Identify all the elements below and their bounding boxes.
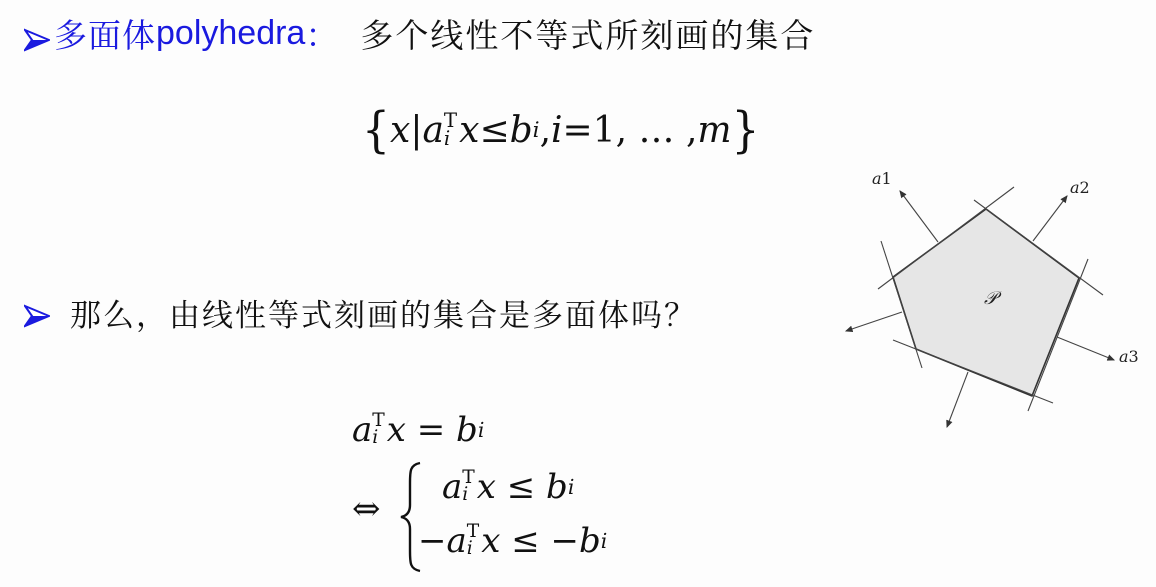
var-x: x bbox=[477, 467, 496, 507]
comma: , bbox=[540, 110, 551, 151]
subscript-i: i bbox=[601, 529, 608, 553]
arrowhead-bullet-icon bbox=[24, 300, 52, 324]
normal-bottom-arrow-icon bbox=[947, 372, 968, 427]
var-a: a bbox=[352, 410, 372, 450]
question-line: 那么，由线性等式刻画的集合是多面体吗？ bbox=[24, 288, 697, 336]
var-a: a bbox=[422, 110, 443, 151]
close-brace: } bbox=[732, 102, 760, 158]
equals-symbol: = bbox=[406, 410, 456, 450]
var-x: x bbox=[390, 110, 410, 151]
leq-neg-symbol: ≤ − bbox=[500, 521, 579, 561]
var-x: x bbox=[481, 521, 500, 561]
label-a3: a3 bbox=[1119, 347, 1139, 366]
question-text: 那么，由线性等式刻画的集合是多面体吗？ bbox=[70, 290, 697, 335]
index-range: 1, … , bbox=[593, 110, 698, 151]
subscript-i: i bbox=[533, 118, 540, 143]
subscript-i: i bbox=[444, 130, 457, 148]
normal-a3-arrow-icon bbox=[1057, 337, 1114, 360]
var-i: i bbox=[551, 110, 563, 151]
var-b: b bbox=[510, 110, 533, 151]
label-a1: a1 bbox=[872, 169, 892, 188]
var-b: b bbox=[579, 521, 601, 561]
var-x: x bbox=[387, 410, 406, 450]
var-a: a bbox=[442, 467, 462, 507]
slide: 多面体 polyhedra ： 多个线性不等式所刻画的集合 { x | aTi … bbox=[0, 0, 1156, 587]
normal-a2-arrow-icon bbox=[1033, 196, 1067, 241]
title-term-cn: 多面体 bbox=[54, 10, 156, 57]
var-a: a bbox=[447, 521, 467, 561]
open-brace: { bbox=[362, 102, 390, 158]
title-definition: 多个线性不等式所刻画的集合 bbox=[360, 10, 815, 57]
polyhedron-set-formula: { x | aTi x ≤ bi , i = 1, … , m } bbox=[362, 100, 760, 160]
title-line: 多面体 polyhedra ： 多个线性不等式所刻画的集合 bbox=[24, 10, 815, 56]
title-term-en: polyhedra bbox=[156, 14, 305, 53]
var-b: b bbox=[546, 467, 568, 507]
case-lower-inequality: − aTi x ≤ − bi bbox=[418, 517, 607, 565]
title-colon: ： bbox=[305, 10, 338, 57]
case-upper-inequality: aTi x ≤ bi bbox=[442, 463, 574, 511]
label-a2: a2 bbox=[1070, 178, 1090, 197]
equivalence-symbol: ⇔ bbox=[352, 489, 381, 529]
leq-symbol: ≤ bbox=[479, 110, 509, 151]
minus-sign: − bbox=[418, 521, 447, 561]
set-bar: | bbox=[410, 110, 422, 151]
subscript-i: i bbox=[478, 418, 485, 442]
subscript-i: i bbox=[467, 541, 479, 558]
var-b: b bbox=[456, 410, 478, 450]
var-x: x bbox=[459, 110, 479, 151]
normal-a1-arrow-icon bbox=[900, 191, 938, 242]
polyhedron-diagram: a1 a2 a3 𝒫 bbox=[830, 160, 1156, 440]
subscript-i: i bbox=[372, 430, 384, 447]
normal-left-arrow-icon bbox=[846, 312, 902, 331]
arrowhead-bullet-icon bbox=[24, 21, 52, 45]
subscript-i: i bbox=[462, 487, 474, 504]
subscript-i: i bbox=[568, 475, 575, 499]
equals-symbol: = bbox=[563, 110, 593, 151]
equality-row: aTi x = bi bbox=[352, 405, 484, 455]
var-m: m bbox=[697, 110, 731, 151]
leq-symbol: ≤ bbox=[496, 467, 546, 507]
